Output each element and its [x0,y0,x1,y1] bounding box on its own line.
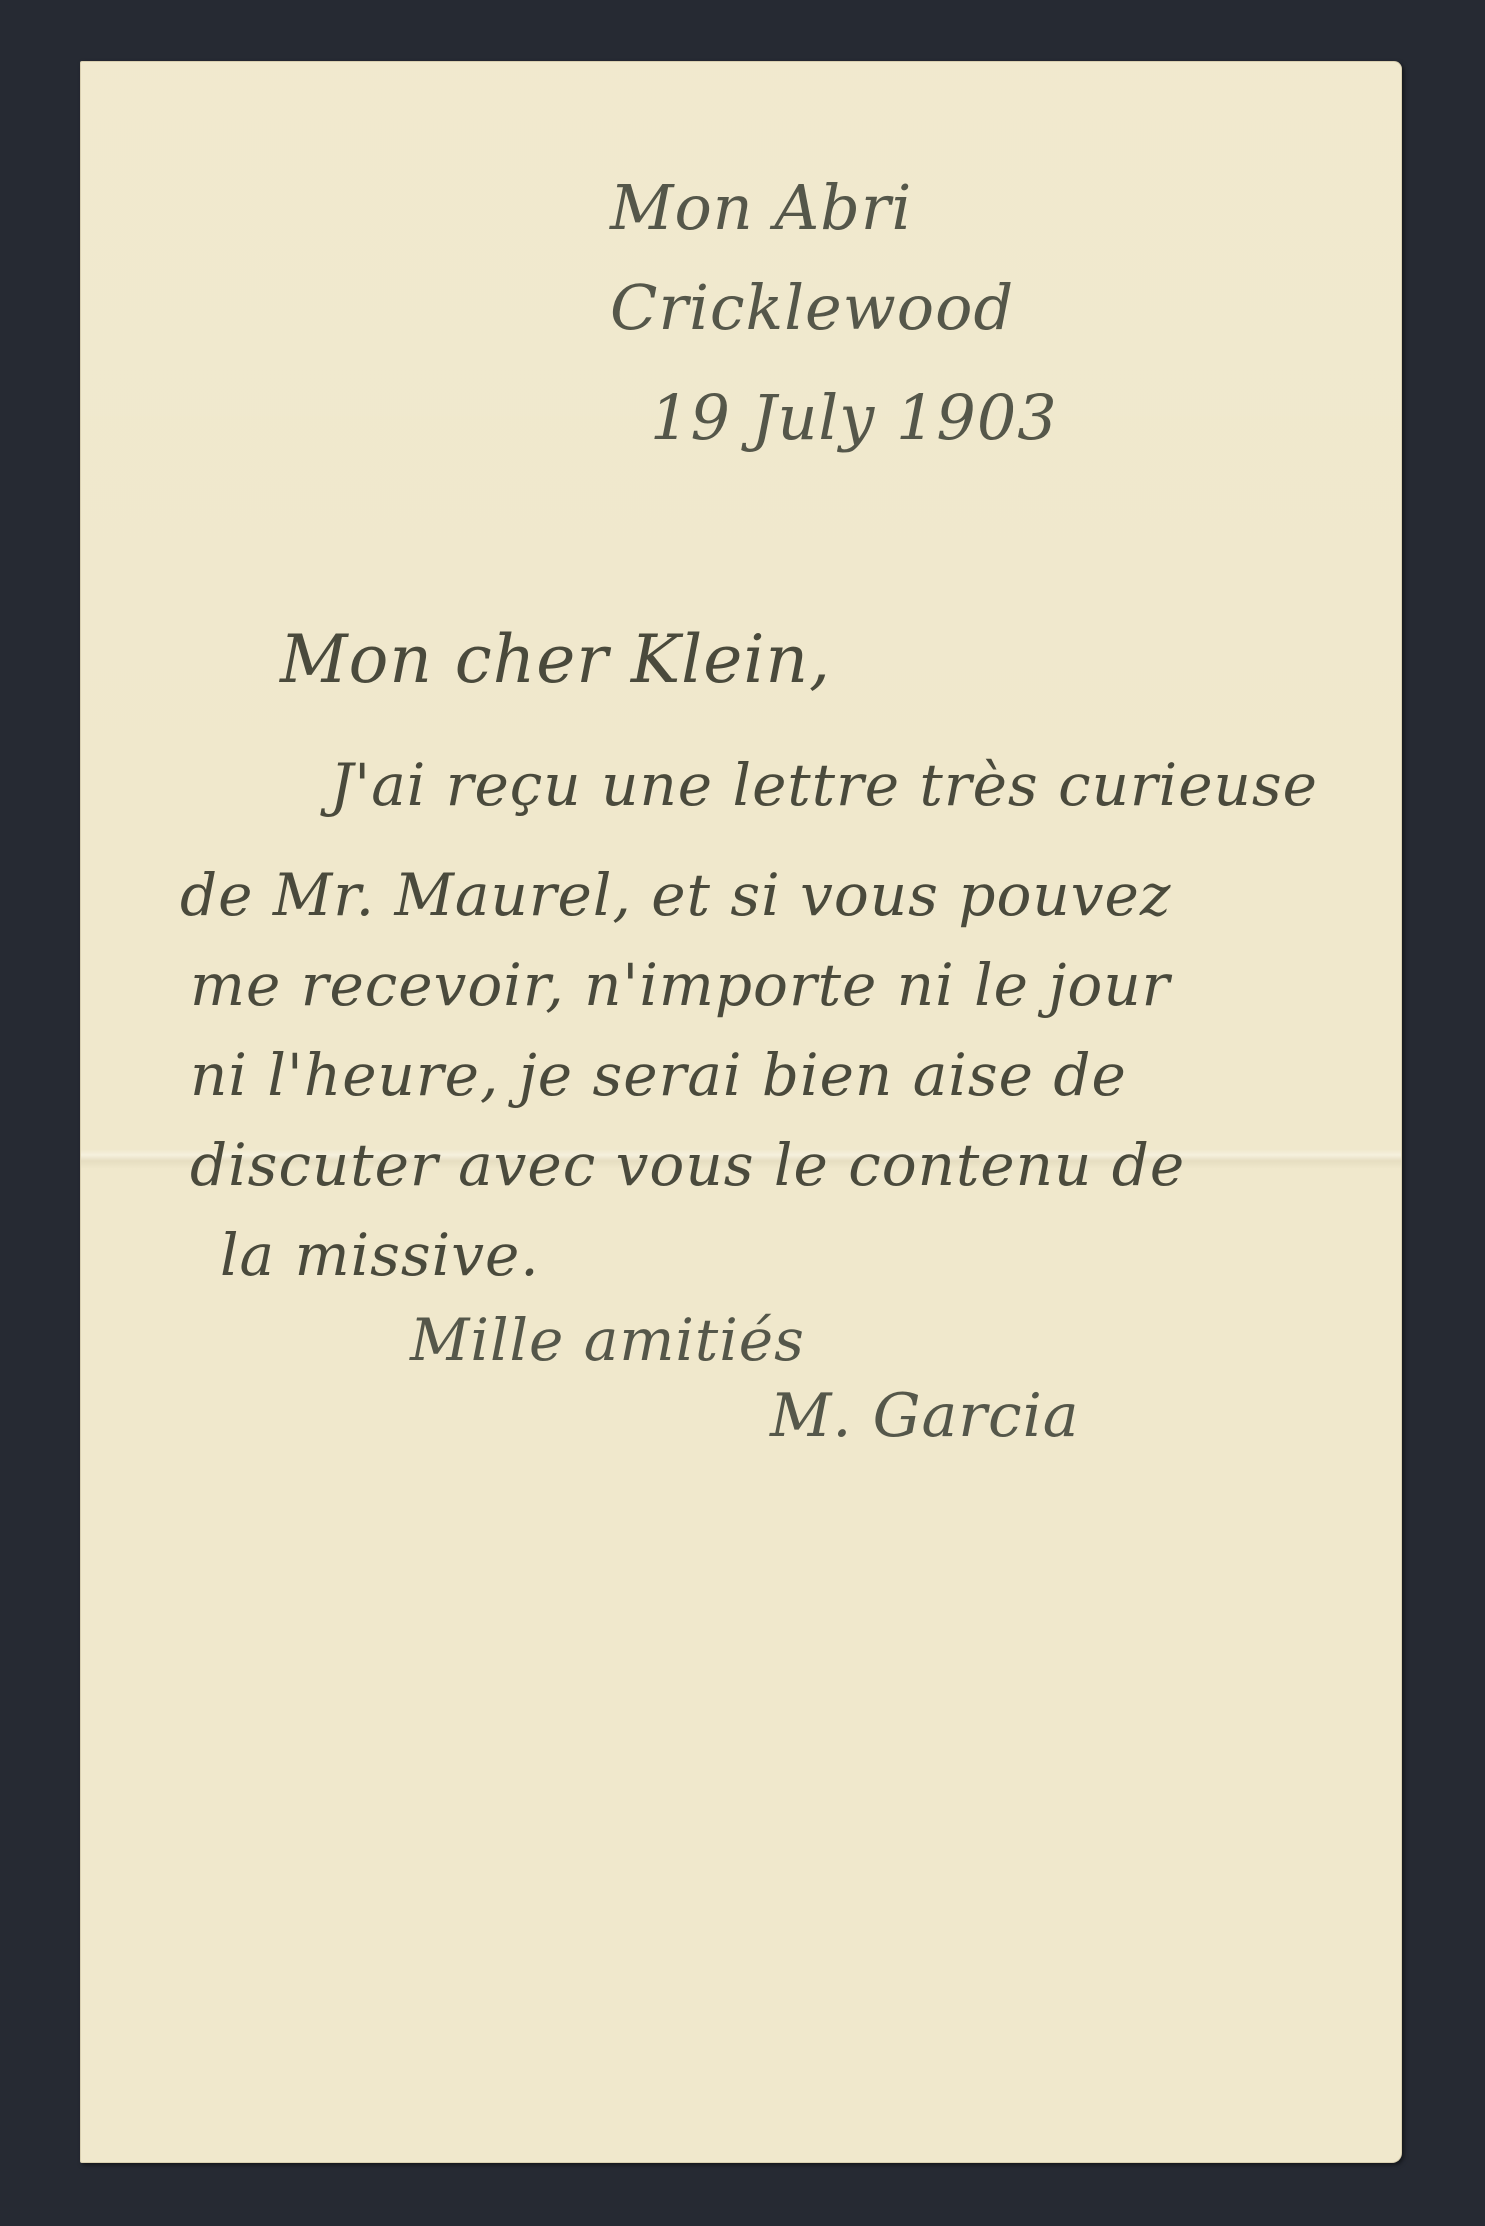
letter-paper: Mon Abri Cricklewood 19 July 1903 Mon ch… [80,61,1402,2163]
body-line: me recevoir, n'importe ni le jour [190,951,1170,1019]
salutation: Mon cher Klein, [280,621,831,698]
closing: Mille amitiés [410,1306,805,1374]
body-line: discuter avec vous le contenu de [190,1131,1185,1199]
body-line: ni l'heure, je serai bien aise de [190,1041,1127,1109]
signature: M. Garcia [770,1381,1080,1451]
letter-date: 19 July 1903 [650,381,1058,454]
body-line: de Mr. Maurel, et si vous pouvez [180,861,1171,929]
address-line-1: Mon Abri [610,171,912,244]
body-line: la missive. [220,1221,540,1289]
body-line: J'ai reçu une lettre très curieuse [330,751,1318,819]
address-line-2: Cricklewood [610,271,1014,344]
